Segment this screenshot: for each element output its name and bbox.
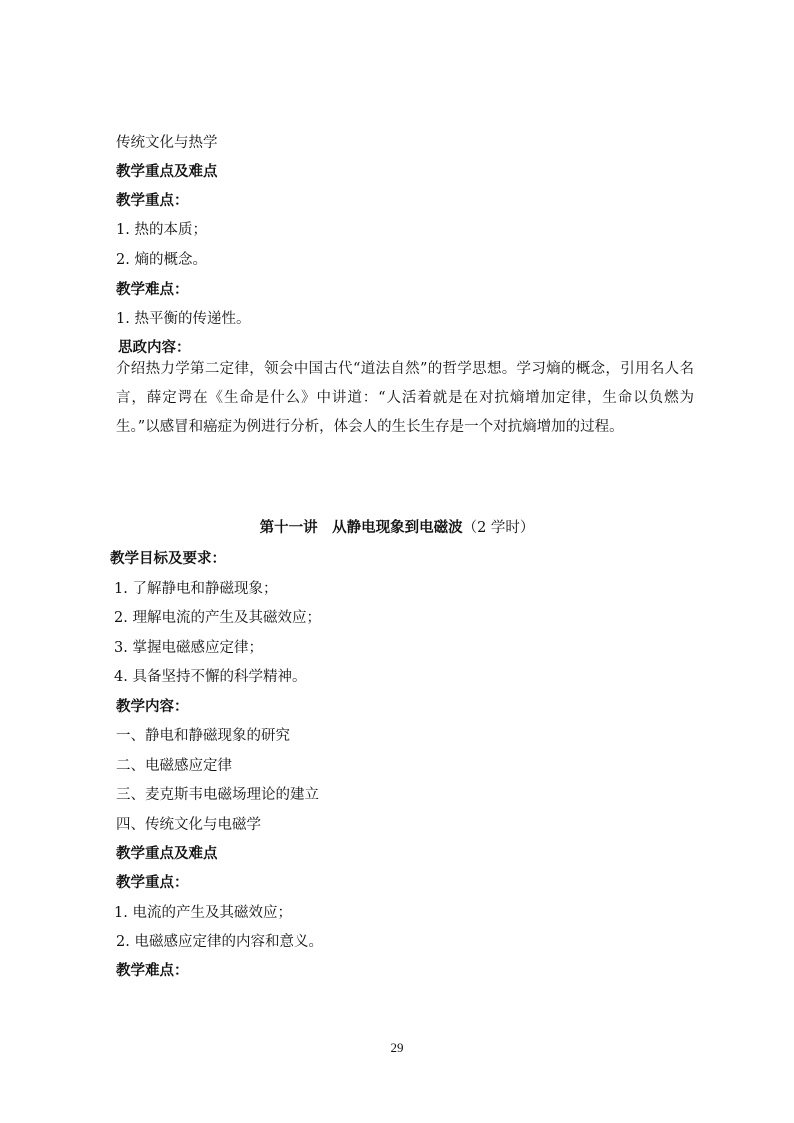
list-item: 四、传统文化与电磁学	[116, 815, 261, 835]
subheading: 教学重点：	[116, 873, 189, 893]
list-item: 2. 电磁感应定律的内容和意义。	[116, 932, 323, 952]
section-heading: 教学重点及难点	[116, 844, 218, 864]
section-heading: 教学重点及难点	[116, 162, 218, 182]
section-heading: 教学内容：	[116, 697, 189, 717]
list-item: 二、电磁感应定律	[116, 756, 232, 776]
list-item: 1. 热的本质；	[116, 220, 207, 240]
section-heading: 教学目标及要求：	[110, 549, 226, 569]
list-item: 三、麦克斯韦电磁场理论的建立	[116, 785, 319, 805]
list-item: 2. 熵的概念。	[116, 250, 207, 270]
subheading: 教学难点：	[116, 280, 189, 300]
list-item: 1. 电流的产生及其磁效应；	[114, 903, 292, 923]
lecture-title: 第十一讲 从静电现象到电磁波（2 学时）	[0, 518, 794, 538]
subheading: 教学重点：	[116, 191, 189, 211]
lecture-hours: （2 学时）	[463, 520, 535, 536]
content-item: 传统文化与热学	[116, 133, 218, 153]
list-item: 1. 热平衡的传递性。	[116, 309, 250, 329]
lecture-title-main: 第十一讲 从静电现象到电磁波	[260, 520, 463, 536]
list-item: 1. 了解静电和静磁现象；	[114, 579, 277, 599]
subheading: 教学难点：	[116, 961, 189, 981]
list-item: 2. 理解电流的产生及其磁效应；	[114, 608, 321, 628]
list-item: 4. 具备坚持不懈的科学精神。	[114, 667, 306, 687]
paragraph: 介绍热力学第二定律，领会中国古代“道法自然”的哲学思想。学习熵的概念，引用名人名…	[116, 355, 694, 442]
list-item: 一、静电和静磁现象的研究	[116, 726, 290, 746]
page-number: 29	[0, 1040, 794, 1056]
list-item: 3. 掌握电磁感应定律；	[114, 638, 263, 658]
